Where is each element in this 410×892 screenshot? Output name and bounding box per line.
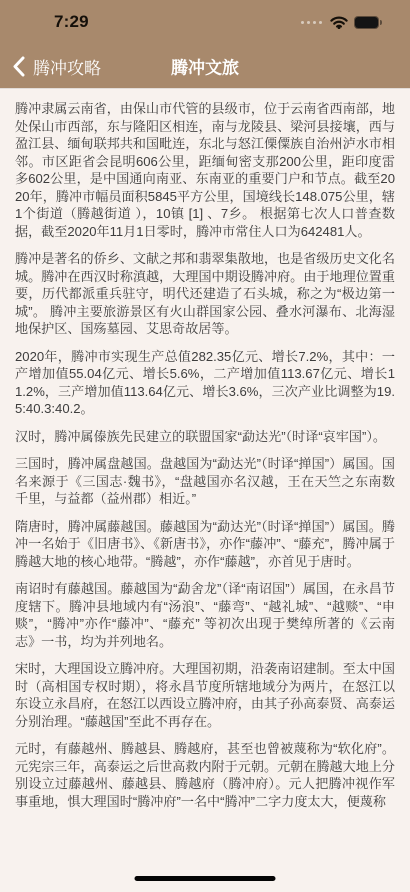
status-bar: 7:29: [0, 0, 410, 44]
article-paragraph: 腾冲是著名的侨乡、文献之邦和翡翠集散地，也是省级历史文化名城。腾冲在西汉时称滇越…: [15, 250, 395, 338]
home-indicator[interactable]: [135, 876, 276, 881]
article-paragraph: 隋唐时，腾冲属藤越国。藤越国为“勐达光”（时译“掸国”）属国。腾冲一名始于《旧唐…: [15, 518, 395, 571]
app-screen: 7:29: [0, 0, 410, 892]
article-paragraph: 三国时，腾冲属盘越国。盘越国为“勐达光”（时译“掸国”）属国。国名来源于《三国志…: [15, 455, 395, 508]
wifi-icon: [330, 16, 348, 29]
article-paragraph: 宋时，大理国设立腾冲府。大理国初期，沿袭南诏建制。至太中国时（高相国专权时期），…: [15, 660, 395, 730]
back-button-label: 腾冲攻略: [33, 54, 101, 79]
back-button[interactable]: 腾冲攻略: [0, 44, 101, 88]
article-paragraph: 腾冲隶属云南省，由保山市代管的县级市，位于云南省西南部，地处保山市西部，东与隆阳…: [15, 100, 395, 240]
status-icons: [301, 16, 382, 29]
article-paragraph: 元时，有藤越州、腾越县、腾越府，甚至也曾被蔑称为“软化府”。元宪宗三年，高泰运之…: [15, 740, 395, 810]
battery-icon: [354, 16, 382, 29]
article-scroll-area[interactable]: 腾冲隶属云南省，由保山市代管的县级市，位于云南省西南部，地处保山市西部，东与隆阳…: [0, 88, 410, 892]
navigation-bar: 腾冲攻略 腾冲文旅: [0, 44, 410, 88]
cellular-signal-icon: [301, 21, 322, 24]
article-paragraph: 汉时，腾冲属傣族先民建立的联盟国家“勐达光”（时译“哀牢国”）。: [15, 428, 395, 446]
chevron-left-icon: [12, 56, 25, 77]
article-paragraph: 2020年，腾冲市实现生产总值282.35亿元、增长7.2%，其中：一产增加值5…: [15, 348, 395, 418]
page-title: 腾冲文旅: [171, 54, 239, 79]
status-time: 7:29: [54, 12, 89, 32]
article-paragraph: 南诏时有藤越国。藤越国为“勐舍龙”（译“南诏国”）属国，在永昌节度辖下。腾冲县地…: [15, 580, 395, 650]
header: 7:29: [0, 0, 410, 88]
